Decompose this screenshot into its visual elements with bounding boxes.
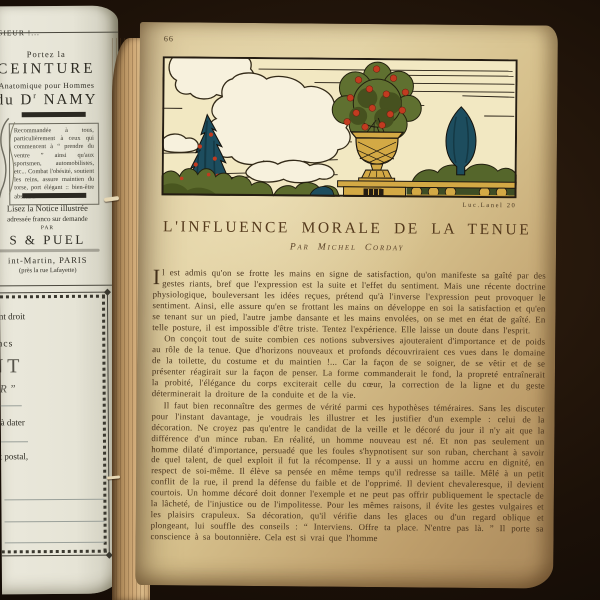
header-illustration [161, 56, 517, 198]
subscription-heading-fragment: EUR ” [0, 383, 16, 395]
body-paragraph: Il faut bien reconnaître des germes de v… [150, 400, 544, 545]
page-number: 66 [164, 34, 174, 43]
ad-notice-line: PAR [0, 225, 122, 232]
body-paragraph: Il est admis qu'on se frotte les mains e… [152, 267, 546, 336]
ad-tagline: Portez la [0, 49, 122, 60]
subscription-heading-fragment: MENT [0, 355, 24, 379]
ad-divider-bar [22, 112, 86, 117]
ad-product-name: CEINTURE [0, 61, 122, 79]
subscription-fragment: Monsieur ” à dater [0, 417, 25, 427]
illustration-signature: Luc.Lanel 20 [378, 201, 516, 209]
ad-divider-bar [22, 193, 86, 198]
ad-address: int-Martin, PARIS [0, 255, 122, 266]
ad-frame: Portez la CEINTURE Anatomique pour Homme… [0, 32, 122, 287]
ad-address: (près la rue Lafayette) [0, 267, 122, 275]
ad-notice-line: adressée franco sur demande [0, 215, 122, 224]
article-byline: Par Michel Corday [144, 241, 550, 255]
right-page: 66 [135, 22, 558, 589]
book-photo: SIEUR !... Portez la CEINTURE Anatomique… [0, 0, 600, 600]
ad-figure-sketch [0, 116, 17, 200]
ad-notice-line: Lisez la Notice illustrée [0, 203, 122, 214]
ad-brand: du Dr NAMY [0, 91, 122, 110]
body-paragraph: On conçoit tout de suite combien ces not… [152, 334, 546, 403]
illegible-small-print [0, 249, 100, 253]
article-body: Il est admis qu'on se frotte les mains e… [150, 267, 546, 570]
subscription-fragment: : 40 francs [0, 339, 13, 349]
subscription-fragment: UR ” auront droit [0, 311, 25, 321]
left-page: SIEUR !... Portez la CEINTURE Anatomique… [0, 6, 122, 595]
ad-firm-name: S & PUEL [0, 232, 122, 249]
ad-subtitle: Anatomique pour Hommes [0, 81, 122, 91]
subscription-box: UR ” auront droit : 40 francs MENT EUR ”… [0, 292, 110, 557]
article-title: L'INFLUENCE MORALE DE LA TENUE [144, 218, 550, 240]
bird-dot [350, 141, 352, 143]
subscription-fragment: cs en mandat postal, [0, 451, 28, 462]
